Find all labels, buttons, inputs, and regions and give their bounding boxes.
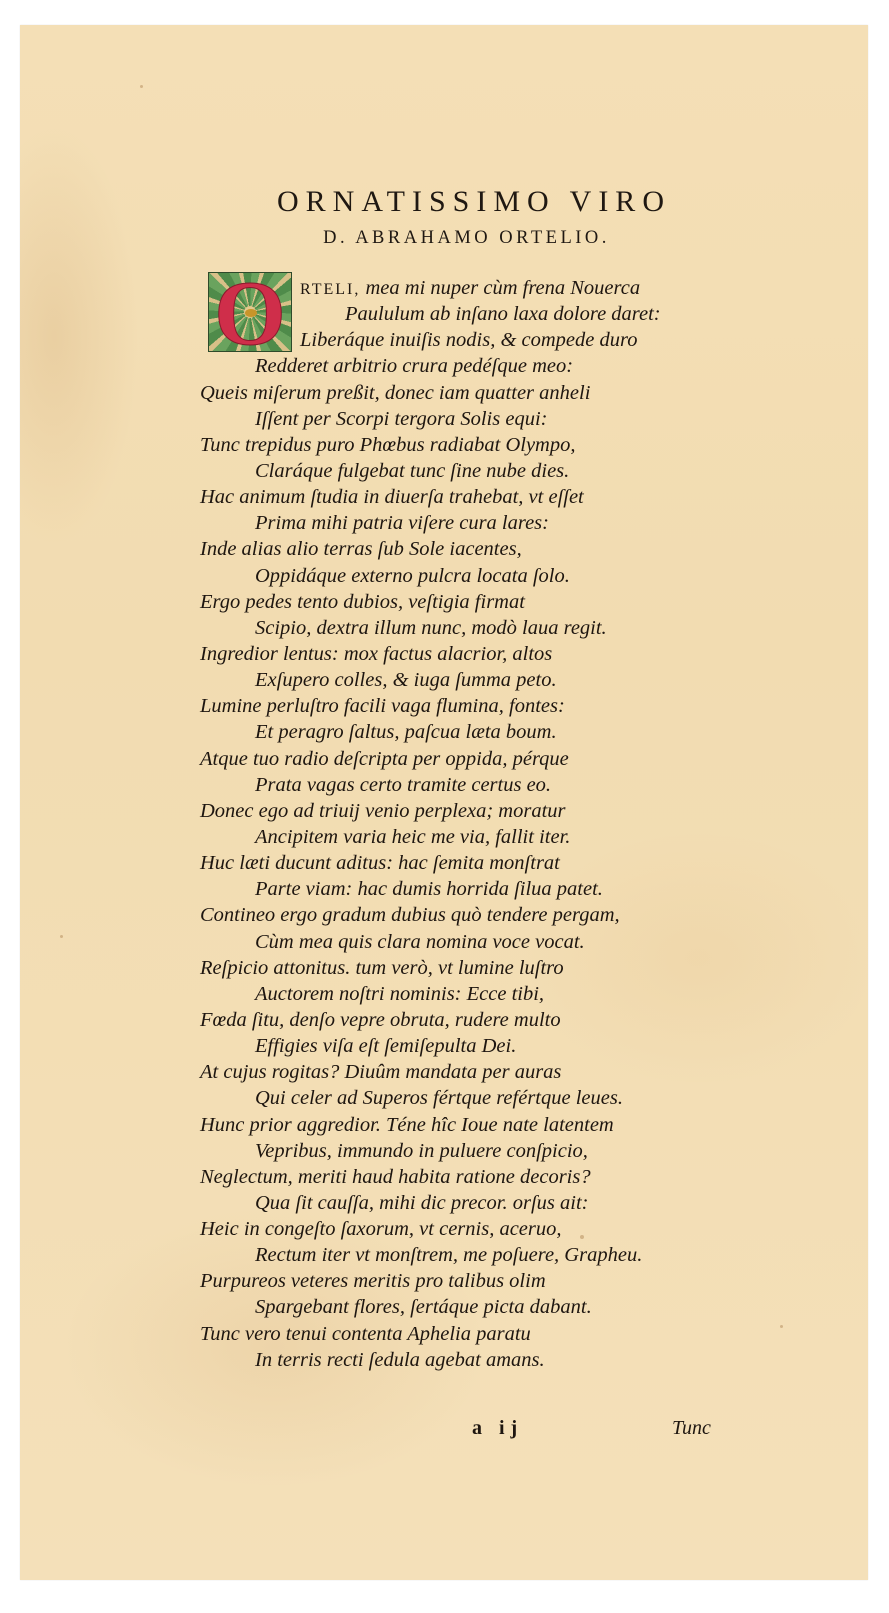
verse-line: Effigies viſa eſt ſemiſepulta Dei. [200,1033,820,1059]
verse-line: Donec ego ad triuij venio perplexa; mora… [200,798,820,824]
verse-line: Cùm mea quis clara nomina voce vocat. [200,929,820,955]
verse-line: Reſpicio attonitus. tum verò, vt lumine … [200,955,820,981]
verse-line: Huc læti ducunt aditus: hac ſemita monſt… [200,850,820,876]
verse-line: Lumine perluſtro facili vaga flumina, fo… [200,693,820,719]
verse-line: Atque tuo radio deſcripta per oppida, pé… [200,746,820,772]
verse-line: Inde alias alio terras ſub Sole iacentes… [200,536,820,562]
verse-line: In terris recti ſedula agebat amans. [200,1347,820,1373]
verse-line: Heic in congeſto ſaxorum, vt cernis, ace… [200,1216,820,1242]
verse-line: Fœda ſitu, denſo vepre obruta, rudere mu… [200,1007,820,1033]
page-subtitle: D. ABRAHAMO ORTELIO. [20,228,868,249]
verse-line: Ingredior lentus: mox factus alacrior, a… [200,641,820,667]
verse-line: RTELI, mea mi nuper cùm frena Nouerca [200,275,820,301]
verse-line: Purpureos veteres meritis pro talibus ol… [200,1268,820,1294]
verse-line: Prata vagas certo tramite certus eo. [200,772,820,798]
verse-line: Queis miſerum preßit, donec iam quatter … [200,380,820,406]
verse-line: Hac animum ſtudia in diuerſa trahebat, v… [200,484,820,510]
paper-speck [140,85,143,88]
verse-line: Liberáque inuiſis nodis, & compede duro [200,327,820,353]
page-title: ORNATISSIMO VIRO [20,185,868,219]
document-page: ORNATISSIMO VIRO D. ABRAHAMO ORTELIO. O … [20,25,868,1580]
verse-line: Oppidáque externo pulcra locata ſolo. [200,563,820,589]
verse-line: Neglectum, meriti haud habita ratione de… [200,1164,820,1190]
poem-body: RTELI, mea mi nuper cùm frena Nouerca Pa… [200,275,820,1373]
verse-line: Scipio, dextra illum nunc, modò laua reg… [200,615,820,641]
verse-line: Rectum iter vt monſtrem, me poſuere, Gra… [200,1242,820,1268]
verse-line: Prima mihi patria viſere cura lares: [200,510,820,536]
verse-line: Parte viam: hac dumis horrida ſilua pate… [200,876,820,902]
verse-line: Hunc prior aggredior. Téne hîc Ioue nate… [200,1112,820,1138]
verse-line: Contineo ergo gradum dubius quò tendere … [200,902,820,928]
verse-line: Auctorem noſtri nominis: Ecce tibi, [200,981,820,1007]
verse-line: Vepribus, immundo in puluere conſpicio, [200,1138,820,1164]
verse-line: Ergo pedes tento dubios, veſtigia firmat [200,589,820,615]
verse-line: Redderet arbitrio crura pedéſque meo: [200,353,820,379]
verse-line: Et peragro ſaltus, paſcua læta boum. [200,719,820,745]
verse-line: At cujus rogitas? Diuûm mandata per aura… [200,1059,820,1085]
verse-line: Spargebant flores, ſertáque picta dabant… [200,1294,820,1320]
verse-line: Paululum ab inſano laxa dolore daret: [200,301,820,327]
verse-line: Claráque fulgebat tunc ſine nube dies. [200,458,820,484]
verse-line: Tunc trepidus puro Phœbus radiabat Olymp… [200,432,820,458]
first-word-smallcaps: RTELI, [300,281,360,298]
paper-speck [60,935,63,938]
verse-line: Tunc vero tenui contenta Aphelia paratu [200,1321,820,1347]
signature-mark: a ij [472,1417,523,1440]
verse-line: Qua ſit cauſſa, mihi dic precor. orſus a… [200,1190,820,1216]
verse-line: Iſſent per Scorpi tergora Solis equi: [200,406,820,432]
catchword: Tunc [672,1417,711,1440]
verse-line: Ancipitem varia heic me via, fallit iter… [200,824,820,850]
verse-line: Qui celer ad Superos fértque refértque l… [200,1085,820,1111]
verse-line: Exſupero colles, & iuga ſumma peto. [200,667,820,693]
